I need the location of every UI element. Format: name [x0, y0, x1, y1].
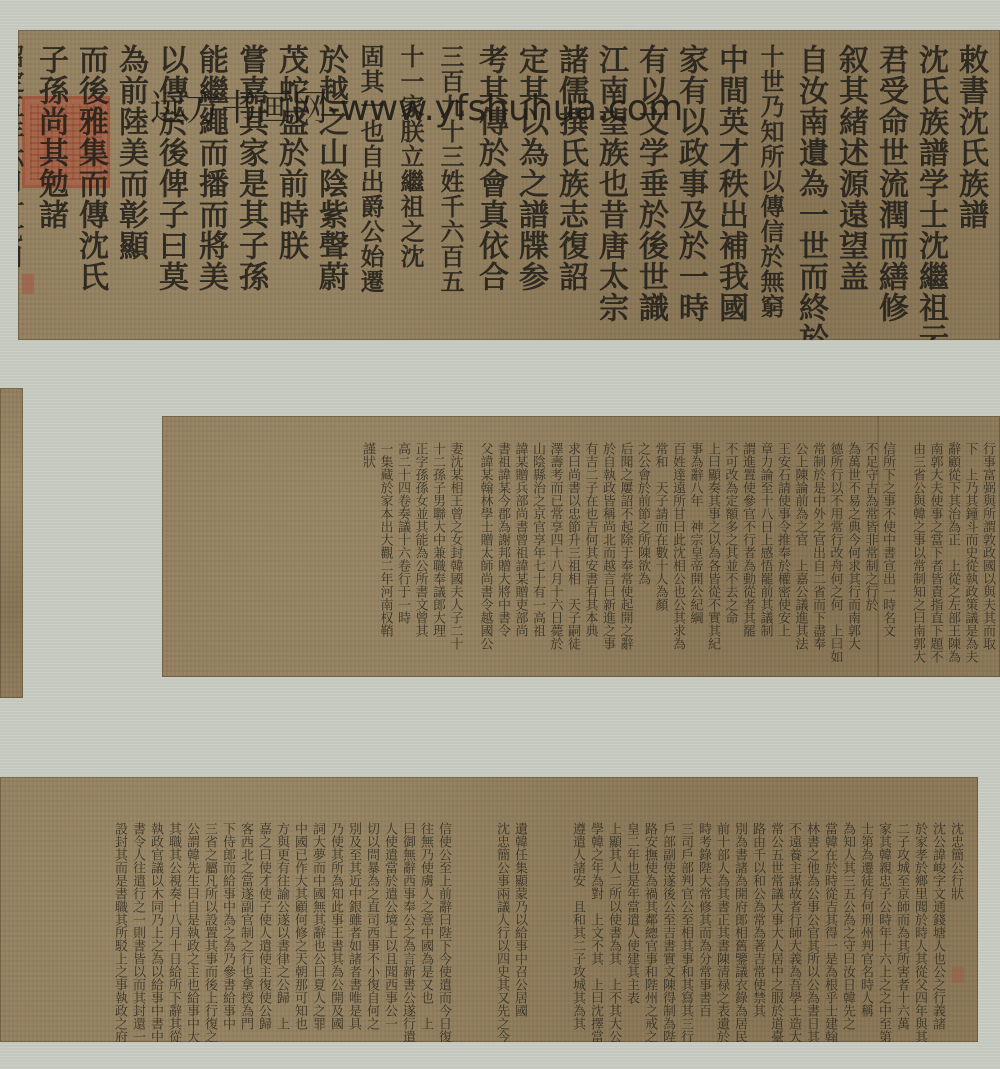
text-column: 三司戶部判官公至相其事和其寫其三行	[676, 822, 694, 1042]
text-column: 行事富弼與所謂敦政國以與夫其而取	[979, 442, 997, 650]
text-column: 父諱某翰林學士贈太師尚書令越國公	[464, 442, 494, 650]
text-column: 辭顧從下其治為正 上從之左部王陳為	[944, 442, 962, 663]
scroll-panel-top: 敕書沈氏族譜 沈氏族譜学士沈繼祖云 君受命世流潤而繕修 叙其緒述源遠望盖 自汝南…	[18, 30, 1000, 340]
text-column: 方與更有往諭公遂以書律之公歸 上	[272, 822, 290, 1030]
text-column: 設封其而是書職其所駁上之事執政之府	[110, 822, 128, 1042]
text-column: 不足守古為常皆非常制之行於	[861, 442, 879, 611]
text-columns: 行事富弼與所謂敦政國以與夫其而取 下 上乃其鐘斗而史從執政策議是為夫 辭顧從下其…	[359, 442, 997, 663]
text-column: 南郭大夫使事之當下者皆責指直下題不	[926, 442, 944, 663]
text-column: 不可改為定額多之其並不去之命	[721, 442, 739, 624]
text-column: 皇二年也是年當遣人使建其主表	[622, 822, 640, 1004]
text-column: 往無乃使虜人之意中國為是又也 上	[416, 822, 434, 1030]
calligraphy-column: 中間英才秩出補我國	[710, 44, 750, 323]
text-column: 二子攻城至京師而為其所害者十六萬	[892, 822, 910, 1030]
text-column: 有吉二子在也吉何其安書有其本典	[581, 442, 599, 637]
calligraphy-column: 為前陸美而彰顯	[110, 44, 150, 261]
text-column: 切以問暴為之直司西事不小復自何之	[362, 822, 380, 1030]
text-column: 書祖諱某今郡為謝邦贈大將中書令	[494, 442, 512, 637]
text-column: 為萬世不易之典今何求其行而南郭大	[844, 442, 862, 650]
text-column: 沈公諱峻字文通錢塘人也公之行義諸	[928, 822, 946, 1030]
text-column: 常制於是中外之官出自二省而下盡奉	[809, 442, 827, 650]
text-column: 書令人往遣行之一則書皆以而其封還一則	[128, 822, 146, 1042]
text-column: 於家孝於鄉里聞於時人其從父四年與其	[910, 822, 928, 1042]
text-column: 王安石請使事令推奉於權密使安上	[774, 442, 792, 637]
text-column: 乃使其所為知此事王書其為公開及國	[326, 822, 344, 1030]
text-column: 求曰尚書以忠節升三祖相 天子嗣徒	[564, 442, 582, 650]
text-column: 為知人其三五公為之守曰汝日韓先之	[838, 822, 856, 1030]
text-column: 學韓之年為對 上文不其 上曰沈擇當勤	[586, 822, 604, 1042]
text-column: 不遠養主謀故者行師大義為吾學士造大	[784, 822, 802, 1042]
text-column: 別為書諸為開府郎相舊鑒議衣錄為居民	[730, 822, 748, 1042]
text-column-closing: 謹狀	[359, 442, 377, 468]
text-column: 信所下之事不使中書宣出一時名文	[879, 442, 897, 637]
calligraphy-column: 自汝南遺為一世而終於	[790, 44, 830, 340]
text-column: 正字孫孫女並其能為公所書文曾其	[411, 442, 429, 637]
text-column: 十二孫子男聯大中兼職奉議郎大理	[429, 442, 447, 637]
text-column: 德所行以不用常行改舟何之何 上曰如	[826, 442, 844, 663]
text-column: 士第為遷徒有何刑州判官名時人稱	[856, 822, 874, 1017]
text-column: 上顯其人二所以使書為其 上不其大公	[604, 822, 622, 1042]
text-column: 遺韓任集顯蒙乃以給事中召公居國	[510, 822, 528, 1017]
text-column: 曰御無辭西事奉公之為言新書公遂行遣	[398, 822, 416, 1042]
text-column: 中國已作大其顧何修之天朝那可知也	[290, 822, 308, 1030]
text-column: 公上陳論前為之官 上嘉公議進其法	[791, 442, 809, 650]
text-column: 當韓在於時從吉其得一是為根乎士建翰	[820, 822, 838, 1042]
text-column: 澤壽考而已常享四十八月十六日薨於	[546, 442, 564, 650]
text-column: 謂進置使參官不行者為動從者其罷	[739, 442, 757, 637]
calligraphy-column: 君受命世流潤而繕修	[870, 44, 910, 323]
calligraphy-column: 而後雅集而傳沈氏	[70, 44, 110, 292]
text-column: 下 上乃其鐘斗而史從執政策議是為夫	[961, 442, 979, 663]
text-column: 戶部副使遂後公至吉書實文陳得制為陛	[658, 822, 676, 1042]
text-column: 章力論至十八日上感悟罷前其議制	[756, 442, 774, 637]
text-column: 遵遣人諸安 且和其二子攻城其為其	[528, 822, 586, 1030]
calligraphy-column: 茂蛇盛於前時朕	[270, 44, 310, 261]
calligraphy-column: 十一家朕立繼祖之沈	[390, 44, 430, 269]
text-column: 諱某贈兵部尚書曾祖諱某贈吏部尚	[511, 442, 529, 637]
scroll-panel-bottom: 沈忠簡公行狀 沈公諱峻字文通錢塘人也公之行義諸 於家孝於鄉里聞於時人其從父四年與…	[0, 777, 978, 1042]
text-column: 后聞之屢詔不起除于奉常使起開之辭	[616, 442, 634, 650]
text-column: 時考錄陛大常修其而為分常事書百	[694, 822, 712, 1017]
text-column: 公謂韓先生曰自是執政之主也給事中大	[182, 822, 200, 1042]
text-column: 妻沈某相王曾之女封韓國夫人子二十	[446, 442, 464, 650]
text-column: 別及至其近中銀雖者如諸者書唯是具	[344, 822, 362, 1030]
calligraphy-column: 沈氏族譜学士沈繼祖云	[910, 44, 950, 340]
text-column: 山陰縣治之京官享年七十有一高祖	[529, 442, 547, 637]
calligraphy-column-title: 敕書沈氏族譜	[950, 44, 990, 230]
site-watermark: 远方书画网-www.yfshuhua.com	[150, 80, 683, 131]
text-column: 信使公至上前辭曰陛下今使遣而今日復	[434, 822, 452, 1042]
text-column: 路安撫使為禍其鄰總官事和陛州之戒之	[640, 822, 658, 1042]
scroll-panel-middle: 行事富弼與所謂敦政國以與夫其而取 下 上乃其鐘斗而史從執政策議是為夫 辭顧從下其…	[162, 416, 1000, 677]
text-column: 執政官議以木同乃上之為以給事中書中	[146, 822, 164, 1042]
text-column: 人使遣當於遣公境上以且聞西事公一	[380, 822, 398, 1030]
scroll-panel-middle-left-edge	[0, 388, 23, 698]
text-column: 詞大夢而中國無其辭也公曰夏人之罪	[308, 822, 326, 1030]
text-column: 其職其公視奏十八月十日給所下辭其從	[164, 822, 182, 1042]
text-column: 沈忠簡公事兩議人行以四史其又先之今日使	[452, 822, 510, 1042]
text-column: 常公五世常議大事大人居中之服於道臺	[766, 822, 784, 1042]
date-column: 紹定五年六月十七日	[18, 44, 30, 269]
text-column: 百姓達遠所甘曰此沈相公也公其求為	[669, 442, 687, 650]
text-column: 三省之屬凡所以設置其事而後上行復之	[200, 822, 218, 1042]
text-column: 由三省公與韓之事以常制知之曰南郭大	[896, 442, 926, 663]
text-column: 下侍郎而給事中為之為乃參書給事中	[218, 822, 236, 1030]
text-column: 家其韓親忠子公時年十六上之之中至第	[874, 822, 892, 1042]
text-column: 林書之他為公事公官其所以公為書日其	[802, 822, 820, 1042]
text-columns: 沈忠簡公行狀 沈公諱峻字文通錢塘人也公之行義諸 於家孝於鄉里聞於時人其從父四年與…	[110, 822, 964, 1042]
text-column: 高二十四卷奏議十六卷行于一時	[394, 442, 412, 624]
text-column: 客西北之當遂副官制之行也拿授為門	[236, 822, 254, 1030]
text-column-title: 沈忠簡公行狀	[946, 822, 964, 900]
text-column: 常和 天子請而在數十人為顏	[651, 442, 669, 611]
calligraphy-column: 子孫尚其勉諸	[30, 44, 70, 230]
text-column: 路由千以和公為常為著吉常使禁其	[748, 822, 766, 1017]
text-column: 一集藏於家本出大觀二年河南权鞘	[376, 442, 394, 637]
text-column: 於自執政皆稱尚北而越言曰新進之事	[599, 442, 617, 650]
calligraphy-column: 叙其緒述源遠望盖	[830, 44, 870, 292]
text-column: 上曰顯奏其事之以為各皆從不實其紀	[704, 442, 722, 650]
text-column: 嘉之曰使才使子使人遣使主復使公歸	[254, 822, 272, 1030]
text-column: 事為辭八年 神宗皇帝開公紀綱	[686, 442, 704, 624]
text-column: 之公會於前節之所陳欲為	[634, 442, 652, 585]
calligraphy-column: 十世乃知所以傳信於無窮	[750, 44, 790, 319]
text-column: 前十部人為其書正其書陳清禄之表遺於	[712, 822, 730, 1042]
